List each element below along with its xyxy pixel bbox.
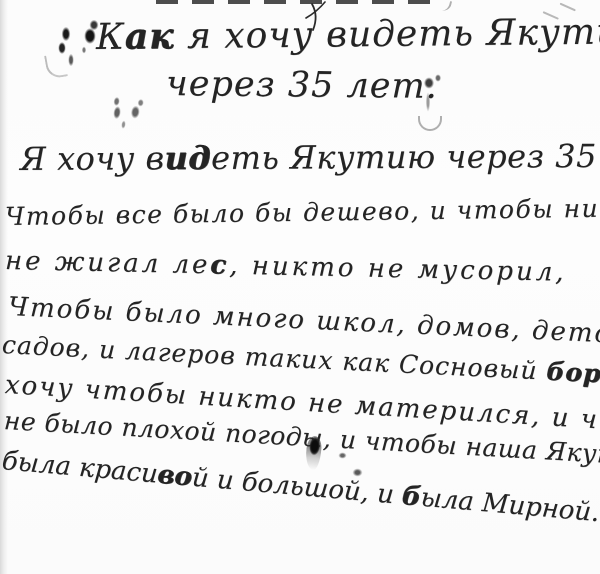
handwriting-segment: Чтобы все было бы дешево, и чтобы никто [5, 193, 600, 231]
handwriting-segment: К [96, 17, 125, 58]
scanned-page: Как я хочу видеть Якутию через 35 лет. Я… [0, 0, 600, 574]
scan-edge-left [0, 0, 8, 574]
handwriting-segment: Я хочу в [20, 139, 165, 178]
ink-splatter-left [102, 93, 153, 135]
pen-test-marks-top-edge [156, 0, 434, 4]
handwriting-segment: через 35 лет. [166, 64, 438, 107]
essay-title-line-1: Как я хочу видеть Якутию [96, 10, 600, 58]
handwriting-segment: во [156, 460, 193, 493]
handwriting-segment: ид [164, 139, 211, 177]
handwriting-segment: была краси [1, 446, 159, 490]
essay-body-line-3: не жигал лес, никто не мусорил, [5, 246, 567, 288]
ink-speck-top [439, 0, 452, 12]
handwriting-segment: бор, и [546, 357, 600, 391]
ink-speck-2 [352, 468, 363, 477]
handwriting-segment: ак [125, 15, 175, 58]
essay-body-line-1: Я хочу видеть Якутию через 35 лет [20, 137, 600, 178]
essay-body-line-2: Чтобы все было бы дешево, и чтобы никто [5, 193, 600, 231]
handwriting-segment: еть Якутию через 35 лет [211, 137, 600, 177]
handwriting-segment: , никто не мусорил, [229, 251, 567, 288]
essay-title-line-2: через 35 лет. [166, 64, 438, 107]
handwriting-segment: й и большой, и [191, 463, 404, 511]
handwriting-segment: я хочу видеть Якутию [174, 11, 600, 57]
handwriting-segment: с [210, 250, 229, 280]
handwriting-segment: не жигал ле [5, 246, 211, 280]
handwriting-segment: ыла Мирной. [419, 483, 600, 529]
